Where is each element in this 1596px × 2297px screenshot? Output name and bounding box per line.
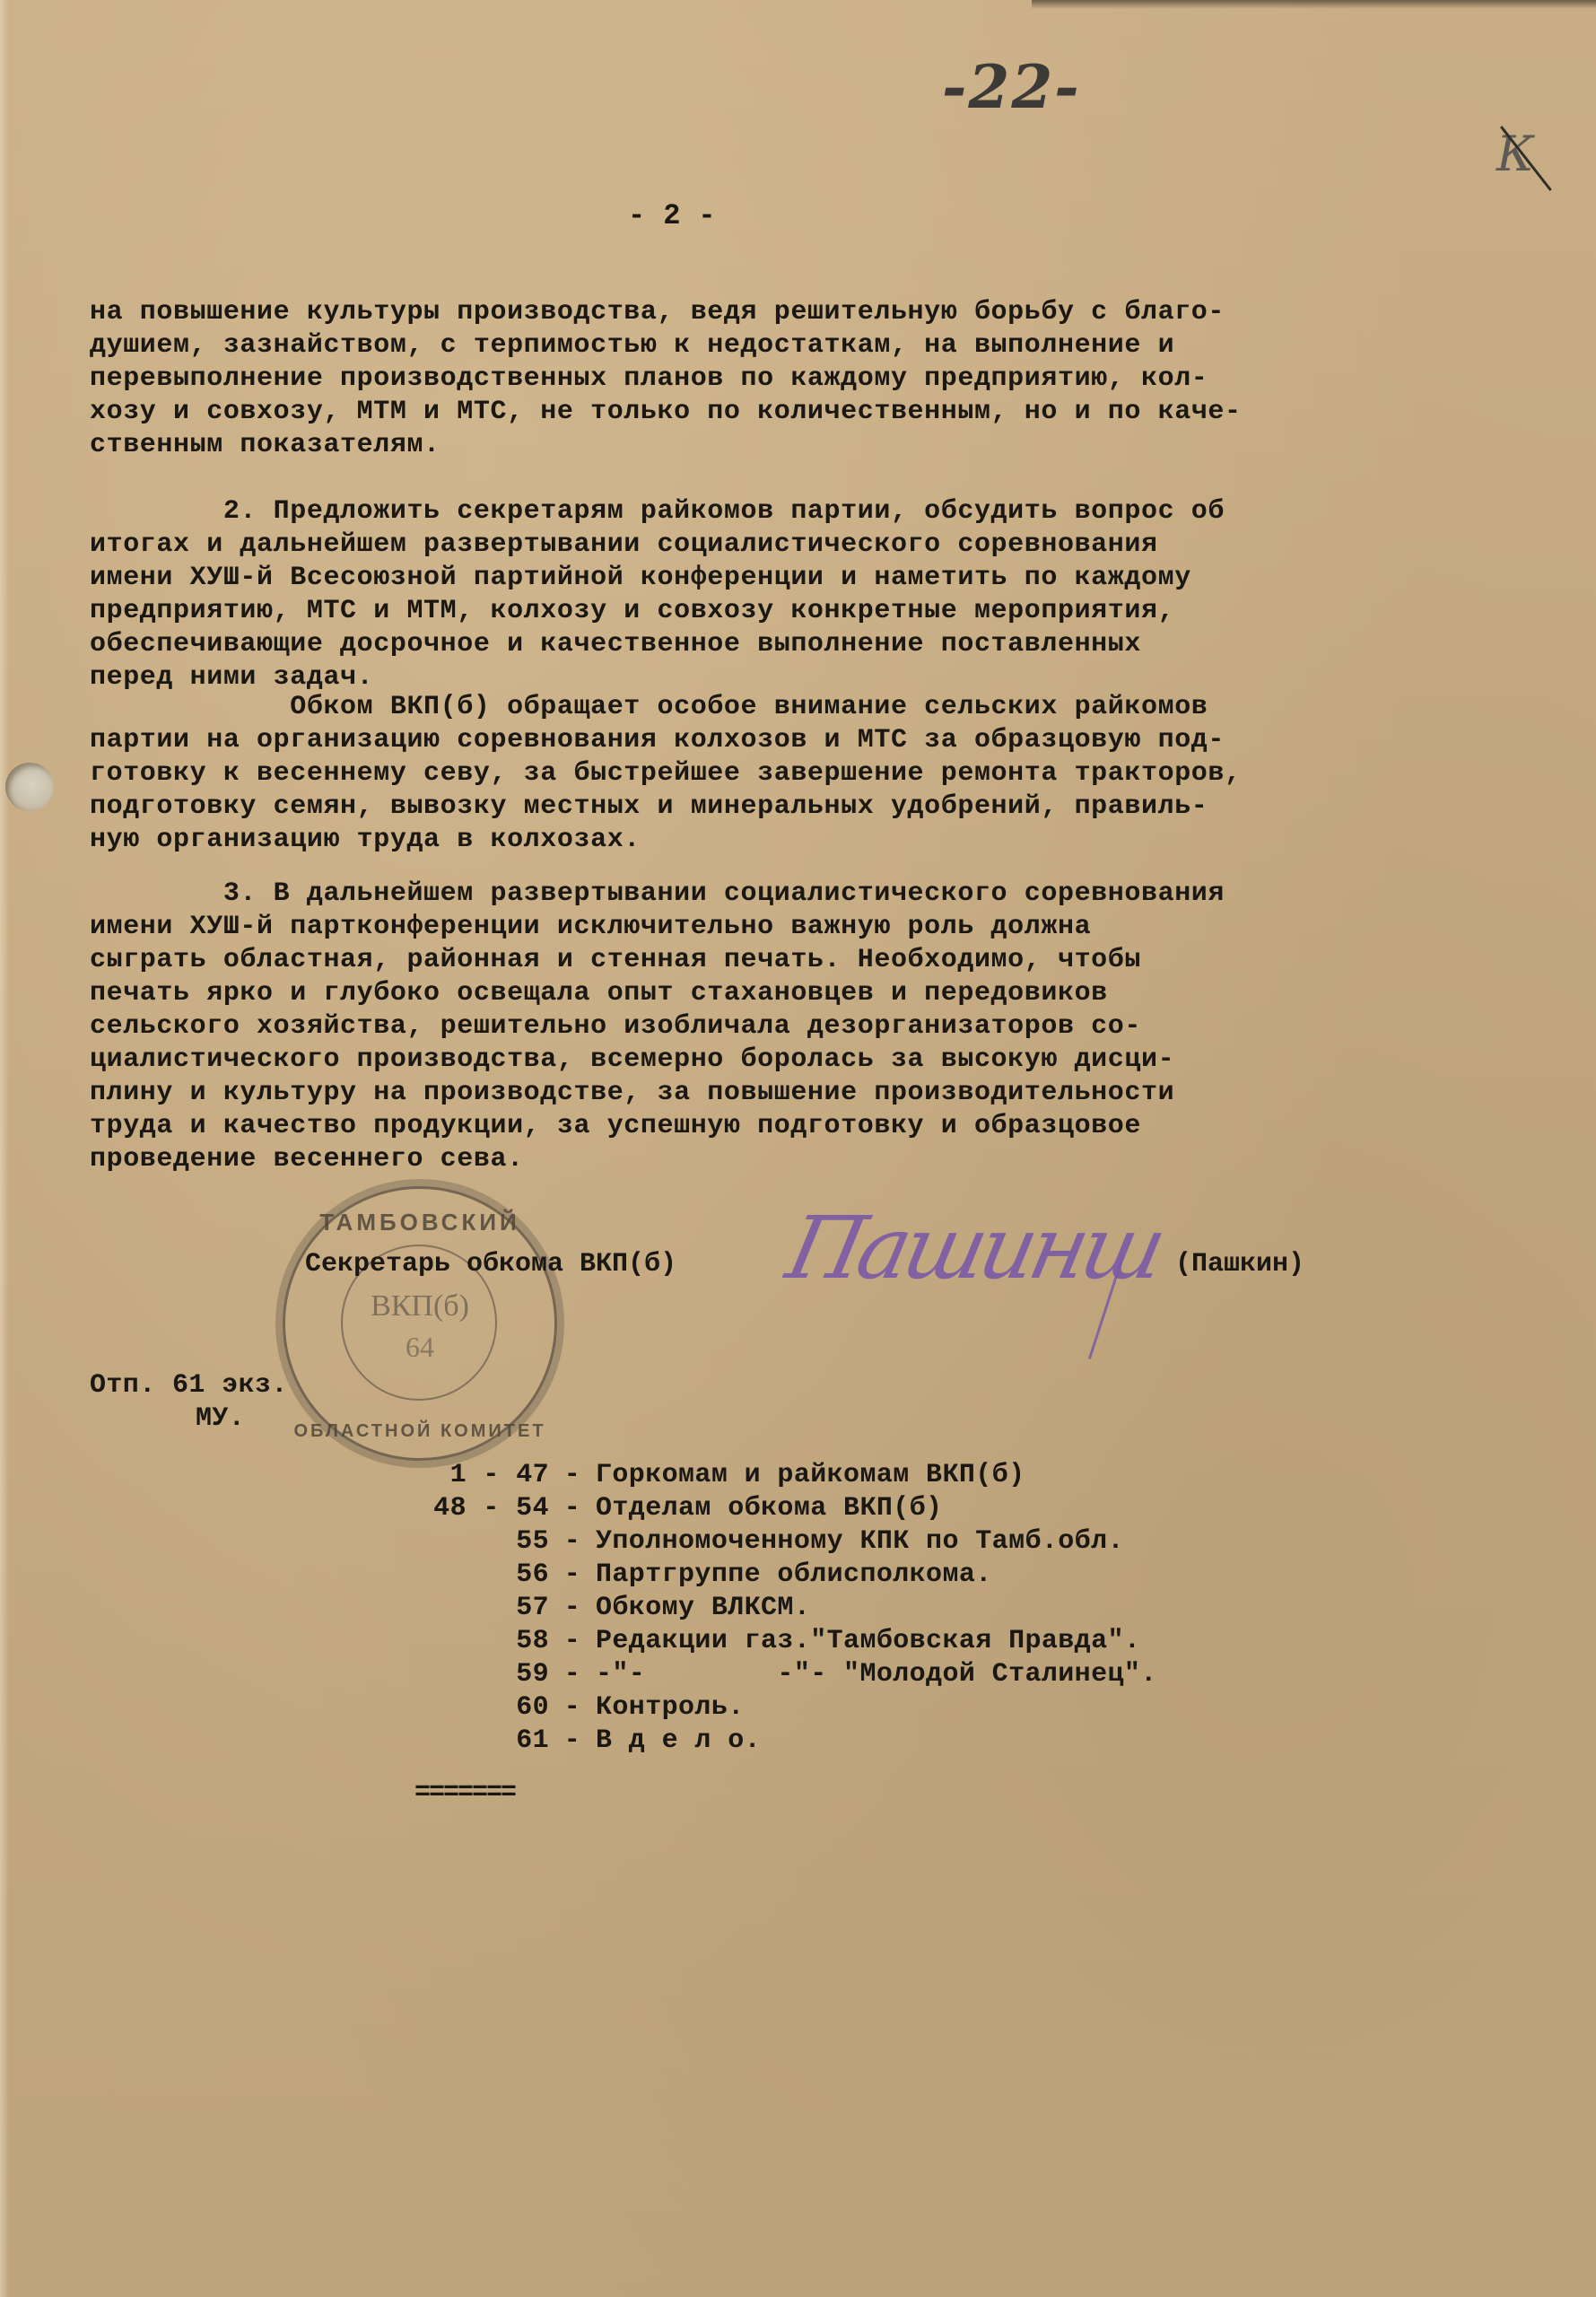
recipient: Обкому ВЛКСМ.: [596, 1593, 810, 1623]
separator: -: [549, 1625, 596, 1658]
text-line: сельского хозяйства, решительно изоблича…: [90, 1010, 1534, 1044]
separator: -: [549, 1459, 596, 1492]
distribution-item: 59--"- -"- "Молодой Сталинец".: [370, 1658, 1157, 1691]
page-number: - 2 -: [628, 199, 716, 232]
text-line: печать ярко и глубоко освещала опыт стах…: [90, 977, 1534, 1010]
signatory-name: (Пашкин): [1175, 1249, 1304, 1280]
text-line: перед ними задач.: [90, 661, 1534, 694]
document-page: -22- К - 2 - на повышение культуры произ…: [0, 0, 1596, 2297]
copy-range: 55: [370, 1525, 549, 1559]
distribution-item: 1 - 47-Горкомам и райкомам ВКП(б): [370, 1459, 1157, 1492]
recipient: Партгруппе облисполкома.: [596, 1559, 992, 1590]
text-line: циалистического производства, всемерно б…: [90, 1044, 1534, 1077]
separator: -: [549, 1725, 596, 1758]
text-line: предприятию, МТС и МТМ, колхозу и совхоз…: [90, 595, 1534, 628]
paragraph-3: 3. В дальнейшем развертывании социалисти…: [90, 878, 1534, 1176]
separator: -: [549, 1658, 596, 1691]
copy-range: 61: [370, 1725, 549, 1758]
crossed-margin-mark: К: [1496, 126, 1534, 182]
copy-range: 48 - 54: [370, 1492, 549, 1525]
punch-hole: [5, 763, 54, 811]
distribution-item: 60-Контроль.: [370, 1691, 1157, 1725]
handwritten-signature: Пашинш: [779, 1198, 1170, 1298]
text-line: душием, зазнайством, с терпимостью к нед…: [90, 329, 1534, 362]
separator: -: [549, 1492, 596, 1525]
recipient: -"- -"- "Молодой Сталинец".: [596, 1659, 1157, 1690]
copy-range: 1 - 47: [370, 1459, 549, 1492]
copy-range: 58: [370, 1625, 549, 1658]
recipient: Контроль.: [596, 1692, 745, 1723]
distribution-item: 58-Редакции газ."Тамбовская Правда".: [370, 1625, 1157, 1658]
recipient: Отделам обкома ВКП(б): [596, 1493, 942, 1524]
text-line: имени ХУШ-й партконференции исключительн…: [90, 911, 1534, 944]
scan-edge-shadow: [1032, 0, 1596, 9]
distribution-item: 48 - 54-Отделам обкома ВКП(б): [370, 1492, 1157, 1525]
distribution-item: 61-В д е л о.: [370, 1725, 1157, 1758]
text-line: плину и культуру на производстве, за пов…: [90, 1077, 1534, 1110]
distribution-item: 57-Обкому ВЛКСМ.: [370, 1592, 1157, 1625]
signatory-title: Секретарь обкома ВКП(б): [305, 1249, 676, 1280]
separator: -: [549, 1559, 596, 1592]
stamp-number: 64: [285, 1331, 554, 1364]
recipient: Редакции газ."Тамбовская Правда".: [596, 1626, 1140, 1656]
distribution-item: 55-Уполномоченному КПК по Тамб.обл.: [370, 1525, 1157, 1559]
margin-mark-text: К: [1496, 126, 1534, 182]
recipient: В д е л о.: [596, 1725, 761, 1756]
recipient: Горкомам и райкомам ВКП(б): [596, 1460, 1025, 1490]
separator: -: [549, 1525, 596, 1559]
copy-range: 56: [370, 1559, 549, 1592]
paragraph-2-obkom: Обком ВКП(б) обращает особое внимание се…: [90, 691, 1534, 857]
text-line: сыграть областная, районная и стенная пе…: [90, 944, 1534, 977]
text-line: перевыполнение производственных планов п…: [90, 362, 1534, 396]
text-line: 2. Предложить секретарям райкомов партии…: [90, 495, 1534, 528]
separator: -: [549, 1691, 596, 1725]
text-line: Обком ВКП(б) обращает особое внимание се…: [90, 691, 1534, 724]
text-line: ственным показателям.: [90, 429, 1534, 462]
copies-count: Отп. 61 экз.: [90, 1369, 288, 1402]
copy-range: 57: [370, 1592, 549, 1625]
recipient: Уполномоченному КПК по Тамб.обл.: [596, 1526, 1124, 1557]
text-line: ную организацию труда в колхозах.: [90, 824, 1534, 857]
paragraph-1: на повышение культуры производства, ведя…: [90, 296, 1534, 462]
text-line: итогах и дальнейшем развертывании социал…: [90, 528, 1534, 562]
stamp-center-title: ВКП(б): [285, 1289, 554, 1323]
separator: -: [549, 1592, 596, 1625]
text-line: хозу и совхозу, МТМ и МТС, не только по …: [90, 396, 1534, 429]
text-line: 3. В дальнейшем развертывании социалисти…: [90, 878, 1534, 911]
text-line: партии на организацию соревнования колхо…: [90, 724, 1534, 757]
stamp-ring-bottom: ОБЛАСТНОЙ КОМИТЕТ: [285, 1421, 554, 1442]
official-seal-stamp: ТАМБОВСКИЙ ВКП(б) 64 ОБЛАСТНОЙ КОМИТЕТ: [283, 1186, 557, 1461]
typist-initials: МУ.: [196, 1402, 245, 1436]
distribution-list: 1 - 47-Горкомам и райкомам ВКП(б) 48 - 5…: [370, 1459, 1157, 1758]
text-line: проведение весеннего сева.: [90, 1143, 1534, 1176]
copy-range: 60: [370, 1691, 549, 1725]
text-line: на повышение культуры производства, ведя…: [90, 296, 1534, 329]
text-line: подготовку семян, вывозку местных и мине…: [90, 790, 1534, 824]
text-line: готовку к весеннему севу, за быстрейшее …: [90, 757, 1534, 790]
paragraph-2: 2. Предложить секретарям райкомов партии…: [90, 495, 1534, 694]
stamp-ring-top: ТАМБОВСКИЙ: [285, 1209, 554, 1236]
distribution-item: 56-Партгруппе облисполкома.: [370, 1559, 1157, 1592]
archive-page-number: -22-: [942, 52, 1081, 122]
text-line: имени ХУШ-й Всесоюзной партийной конфере…: [90, 562, 1534, 595]
end-rule: =======: [414, 1777, 515, 1810]
text-line: обеспечивающие досрочное и качественное …: [90, 628, 1534, 661]
copy-range: 59: [370, 1658, 549, 1691]
paper-left-edge: [0, 0, 9, 2297]
text-line: труда и качество продукции, за успешную …: [90, 1110, 1534, 1143]
